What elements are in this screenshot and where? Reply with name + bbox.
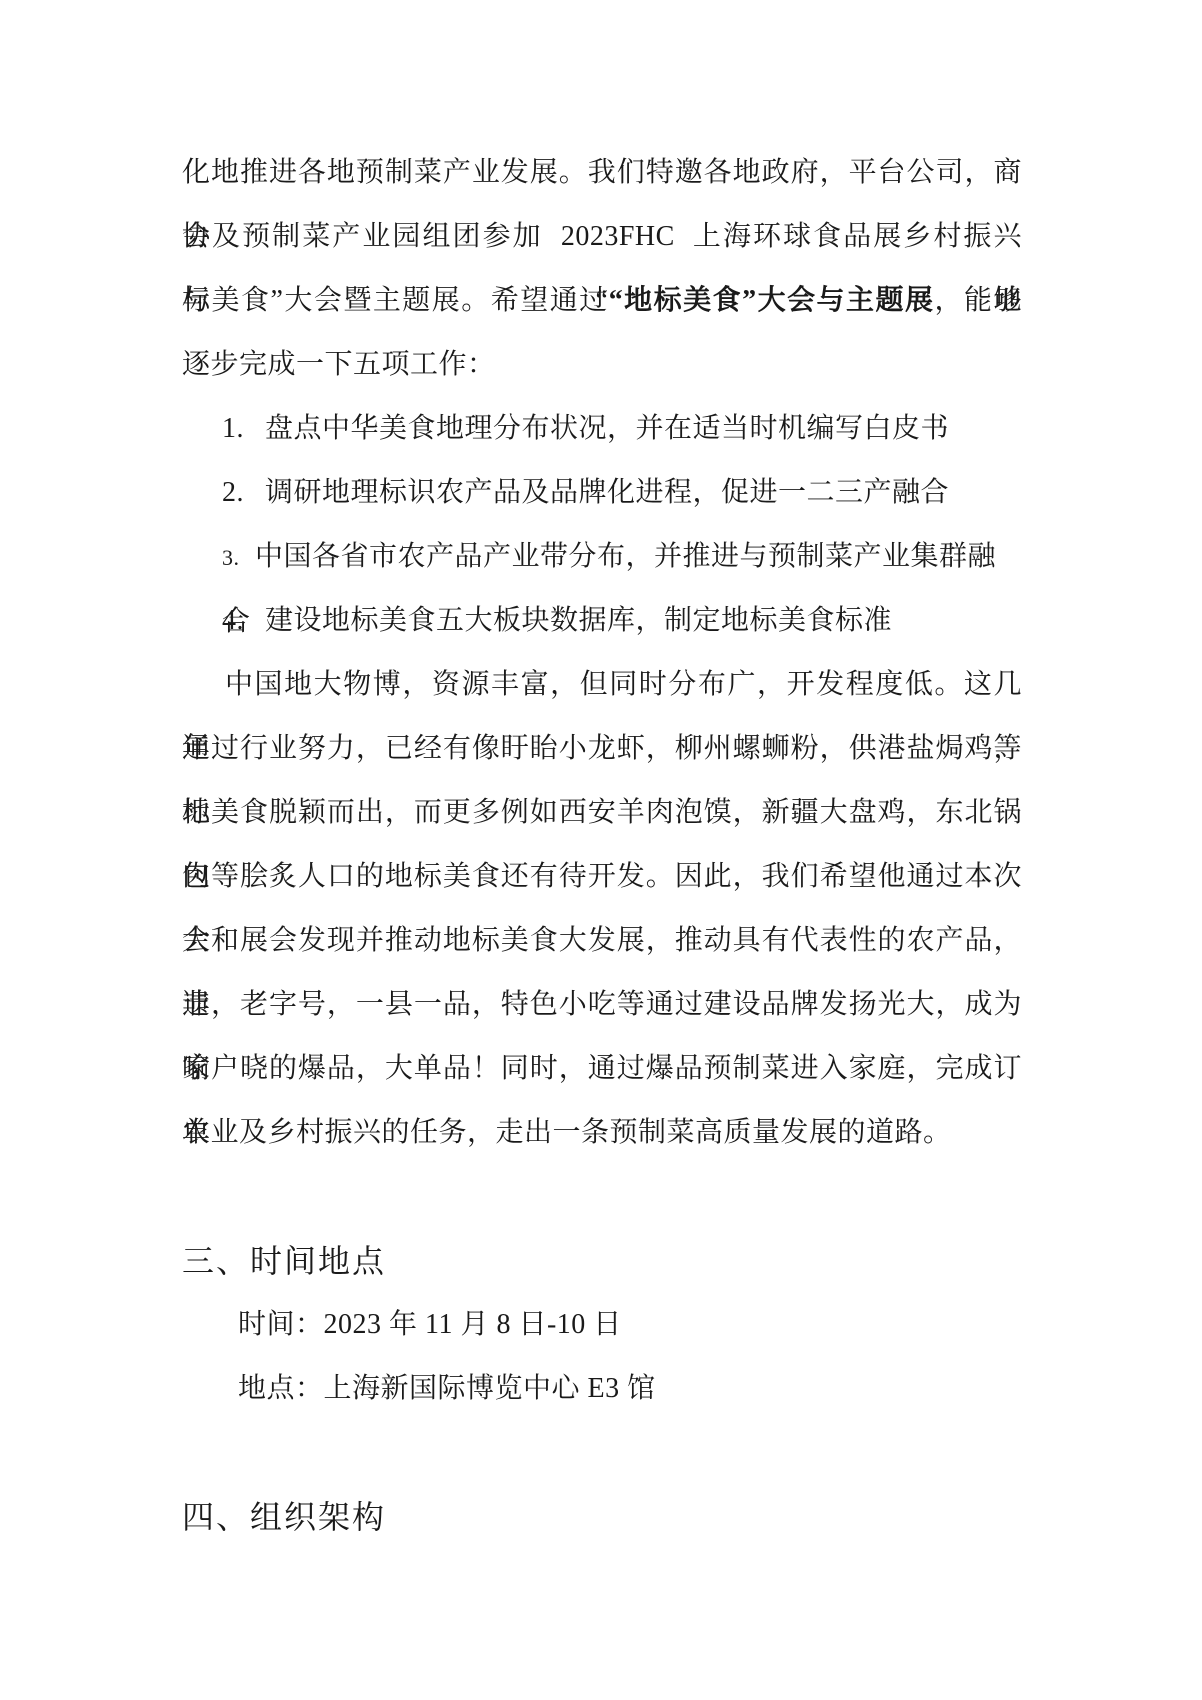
section-heading-4: 四、组织架构: [182, 1485, 1022, 1549]
text-segment: 标美食”大会暨主题展。希望通过: [182, 285, 609, 316]
text-segment: 四、组织架构: [182, 1499, 386, 1535]
text-segment: 三、时间地点: [182, 1243, 386, 1279]
list-item-3: 3.中国各省市农产品产业带分布，并推进与预制菜产业集群融合: [182, 525, 1022, 589]
section-heading-3: 三、时间地点: [182, 1229, 1022, 1293]
para2-line7: 喻户晓的爆品，大单品！同时，通过爆品预制菜进入家庭，完成订单: [182, 1037, 1022, 1101]
text-segment: 时间：2023 年 11 月 8 日-10 日: [238, 1309, 622, 1340]
document-page: 化地推进各地预制菜产业发展。我们特邀各地政府，平台公司，商协会及预制菜产业园组团…: [0, 0, 1202, 1700]
para1-line1: 化地推进各地预制菜产业发展。我们特邀各地政府，平台公司，商协: [182, 141, 1022, 205]
para2-line1: 中国地大物博，资源丰富，但同时分布广，开发程度低。这几年，: [182, 653, 1022, 717]
para2-line2: 通过行业努力，已经有像盱眙小龙虾，柳州螺蛳粉，供港盐焗鸡等地: [182, 717, 1022, 781]
para2-line8: 农业及乡村振兴的任务，走出一条预制菜高质量发展的道路。: [182, 1101, 1022, 1165]
list-number: 1.: [222, 397, 265, 461]
para1-line2: 会及预制菜产业园组团参加 2023FHC 上海环球食品展乡村振兴与“地: [182, 205, 1022, 269]
para2-line6: 遗，老字号，一县一品，特色小吃等通过建设品牌发扬光大，成为家: [182, 973, 1022, 1037]
list-item-2: 2.调研地理标识农产品及品牌化进程，促进一二三产融合: [182, 461, 1022, 525]
list-item-4: 4.建设地标美食五大板块数据库，制定地标美食标准: [182, 589, 1022, 653]
para2-line5: 会和展会发现并推动地标美食大发展，推动具有代表性的农产品，非: [182, 909, 1022, 973]
list-item-1: 1.盘点中华美食地理分布状况，并在适当时机编写白皮书: [182, 397, 1022, 461]
list-number: 3.: [222, 526, 255, 590]
document-content: 化地推进各地预制菜产业发展。我们特邀各地政府，平台公司，商协会及预制菜产业园组团…: [182, 141, 1022, 1549]
text-segment: ，能够: [935, 285, 1022, 316]
para1-line4: 逐步完成一下五项工作：: [182, 333, 1022, 397]
text-segment: 逐步完成一下五项工作：: [182, 349, 496, 380]
place-line: 地点：上海新国际博览中心 E3 馆: [182, 1357, 1022, 1421]
text-segment: 调研地理标识农产品及品牌化进程，促进一二三产融合: [265, 477, 949, 508]
text-segment: 农业及乡村振兴的任务，走出一条预制菜高质量发展的道路。: [182, 1117, 952, 1148]
text-segment: 地点：上海新国际博览中心 E3 馆: [238, 1373, 656, 1404]
text-segment: “地标美食”大会与主题展: [609, 285, 935, 316]
time-line: 时间：2023 年 11 月 8 日-10 日: [182, 1293, 1022, 1357]
list-number: 4.: [222, 589, 265, 653]
text-segment: 建设地标美食五大板块数据库，制定地标美食标准: [265, 605, 892, 636]
para2-line3: 标美食脱颖而出，而更多例如西安羊肉泡馍，新疆大盘鸡，东北锅包: [182, 781, 1022, 845]
para1-line3: 标美食”大会暨主题展。希望通过“地标美食”大会与主题展，能够: [182, 269, 1022, 333]
list-number: 2.: [222, 461, 265, 525]
para2-line4: 肉等脍炙人口的地标美食还有待开发。因此，我们希望他通过本次大: [182, 845, 1022, 909]
text-segment: 盘点中华美食地理分布状况，并在适当时机编写白皮书: [265, 413, 949, 444]
